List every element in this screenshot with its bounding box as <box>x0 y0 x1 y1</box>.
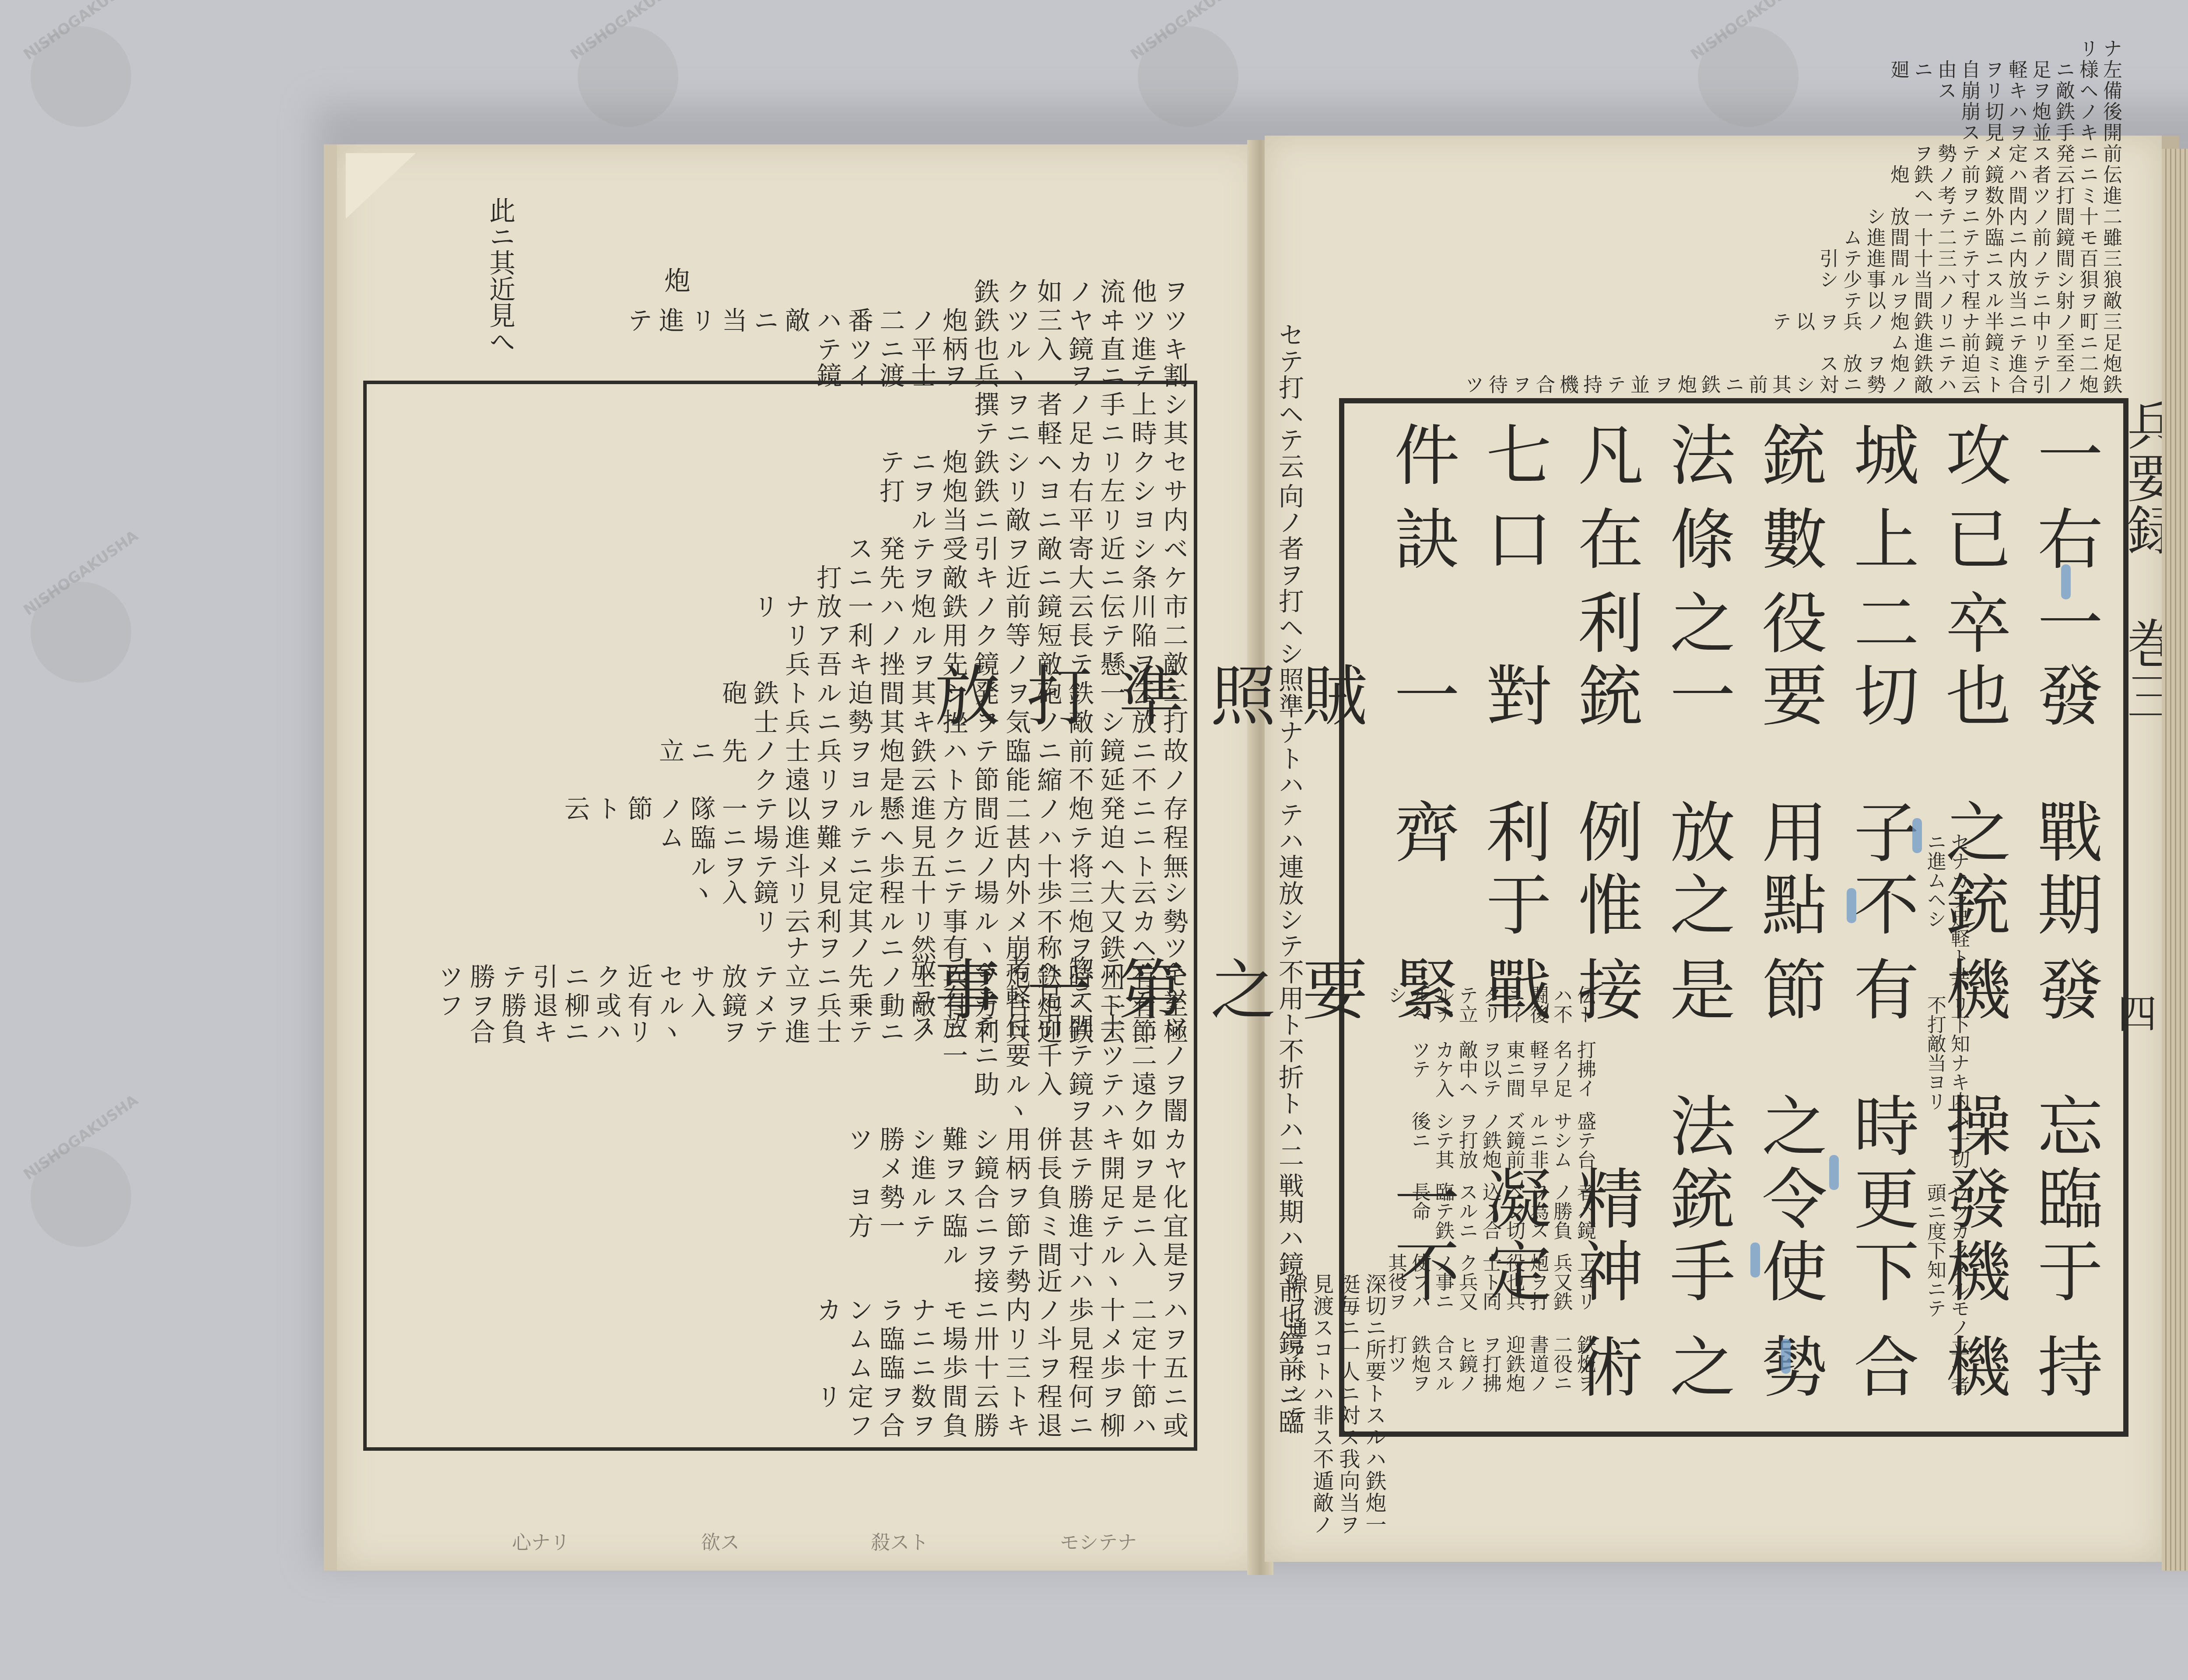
folded-corner <box>346 153 416 219</box>
commentary-column: 左様ニ足軽ヲ自由ニ廻 <box>1461 59 2122 79</box>
annotation-column: 盛テ台サシムルニ非ズ鏡前ノ鉄炮ヲ打放シテ其後ニ <box>1384 1111 1596 1173</box>
commentary-column: 足ニ至リテ鏡前ニ進ム <box>1461 332 2122 352</box>
blue-ink-mark <box>2061 564 2071 599</box>
blue-ink-mark <box>1750 1242 1760 1277</box>
text-column: 或ハ柳ニ退キ勝負ヲ合フ <box>811 1412 1189 1438</box>
commentary-column: 開キ手並ヲ見ス <box>1461 122 2122 142</box>
right-page: 戦期ハ鏡前也鏡前ニ臨 テハ連放シテ不用ト不折トハ二 向ノ者ヲ打ヘシ照準ナトハ セ… <box>1265 136 2179 1562</box>
interlinear-annotations-right: ウツカクスルモノ立ヘ者頭ニ度下知ニテ リ下知ナキ内ハ一切不打敵当ヨリ セナカラ足… <box>1923 832 1970 1401</box>
main-column: 右已上數條在口訣 <box>915 505 2110 589</box>
commentary-column: ナリ <box>1461 38 2122 58</box>
main-column: 一攻城銃法凡七件 <box>915 421 2110 505</box>
text-column: キ割進テ直ニ鏡ヲ入ルヽ也兵柄ヲ平士ニ渡ツイテ鏡 <box>433 336 1189 388</box>
page-number: 四 <box>2105 993 2162 1032</box>
commentary-column: 雖モ鏡前ニ臨テ二十間進ム <box>1461 227 2122 247</box>
main-column: 發也切要一銃對一賊照準打放 <box>915 661 2110 798</box>
annotation-column: セナカラ足軽ト共ニ進ムヘシ <box>1923 832 1970 989</box>
text-column: ツツヰヤ三ツ鉄炮ノ二番ハ敵ニ当リ進テ <box>433 307 1189 333</box>
commentary-column: 備ヘ敵ヲキリ崩ス <box>1461 80 2122 100</box>
commentary-column: 敵ヲ射ニ当ル程ノ間ヲ以テ <box>1461 290 2122 310</box>
commentary-column: 進ミ打ツ間数ヲ考ヘ <box>1461 185 2122 205</box>
annotation-column: リ下知ナキ内ハ一切不打敵当ヨリ <box>1923 995 1970 1177</box>
commentary-column: 狼狽シテ放ス寸ハ当ル事少シ <box>1461 269 2122 289</box>
blue-ink-mark <box>1847 888 1856 923</box>
commentary-column: 前ニ発ス定メテ勢ヲ <box>1461 143 2122 163</box>
text-frame-right: 持機合勢之術 臨于發機更下令使銃手精神凝定一不 忘操時之法 發機有節是接戰緊要之… <box>1339 398 2128 1437</box>
commentary-column: 後ノ鉄炮ハ切崩 <box>1461 101 2122 121</box>
interlinear-annotations: 鉄炮ヲ二役ニ書道ノ迎鉄炮ヲ打拂ヒ鏡ノ合スル鉄炮ヲ打ツ 上ヨリ兵又鉄炮ヲ打役也兵士… <box>1384 985 1596 1405</box>
main-column: 一卒二役之利 <box>915 589 2110 661</box>
open-book: 此ニ其近見へ 炮 至極有節ト云ヘ鉄炮迎合兵方利有ニ敵ノ動ニ乗テ兵士ヲ進メテ鏡ヲ入… <box>324 131 2188 1575</box>
commentary-column: 三百間ノ内ニテ三十間進テ引 <box>1461 248 2122 268</box>
watermark-logo: NISHOGAKUSHA <box>31 582 131 682</box>
blue-ink-mark <box>1912 818 1922 853</box>
annotation-column: 伝トハ不闘後ニイタリテ立ルナルヘシ <box>1384 985 1596 1031</box>
commentary-column: 二十間ノ内外ニテ一放シ <box>1461 206 2122 226</box>
blue-ink-mark <box>1781 1339 1791 1374</box>
commentary-column: 炮二至テ進ミ迫テ鉄炮ヲ放ス <box>1461 353 2122 373</box>
watermark-logo: NISHOGAKUSHA <box>31 1146 131 1247</box>
text-column: ヲ他流ノ如ク鉄 <box>433 278 1189 304</box>
top-commentary: 鉄炮ノ引合ト云ハ敵ノ勢ニ対シ其前ニ鉄炮ヲ並テ持機合ヲ待ツ 炮二至テ進ミ迫テ鉄炮ヲ… <box>1461 166 2122 394</box>
gutter-note: 深切ニ所要トスルハ鉄炮一挺毎ニ一人ニ対ス我向当ヲ見渡スコトハ非ス不遁敵ノ隙ヲ通ラ… <box>1282 1273 1387 1544</box>
annotation-column: ウツカクスルモノ立ヘ者頭ニ度下知ニテ <box>1923 1183 1970 1401</box>
page-edge-stack <box>2162 149 2188 1571</box>
annotation-column: 上ヨリ兵又鉄炮ヲ打役也兵士ト同ク兵又ノ事ニ使フハ其役ヲ <box>1384 1253 1596 1326</box>
watermark-logo: NISHOGAKUSHA <box>31 26 131 127</box>
annotation-column: 打拂イ名ノ足軽ヲ早東ニ間ヲ以テ敵中ヘカケ入ツテ <box>1384 1040 1596 1102</box>
text-column: シ上手ノ者ヲ撰 <box>433 391 1189 417</box>
bleed-through-footer: 心ナリ 欲ス 殺スト モシテナ <box>512 1531 1137 1555</box>
commentary-column: 伝ニ云者ハ鏡前ノ鉄炮 <box>1461 164 2122 184</box>
blue-ink-mark <box>1829 1155 1839 1190</box>
commentary-column: 鉄炮ノ引合ト云ハ敵ノ勢ニ対シ其前ニ鉄炮ヲ並テ持機合ヲ待ツ <box>1461 374 2122 394</box>
annotation-column: 鉄炮ヲ二役ニ書道ノ迎鉄炮ヲ打拂ヒ鏡ノ合スル鉄炮ヲ打ツ <box>1384 1335 1596 1405</box>
annotation-column: 者ハ鏡ノ勝負ヲ為スベシ切込ノ合スルニ臨テ鉄長命 <box>1384 1182 1596 1244</box>
commentary-column: 三町ノ中ニ半ナリ鉄炮ノ兵ヲ以テ <box>1461 311 2122 331</box>
